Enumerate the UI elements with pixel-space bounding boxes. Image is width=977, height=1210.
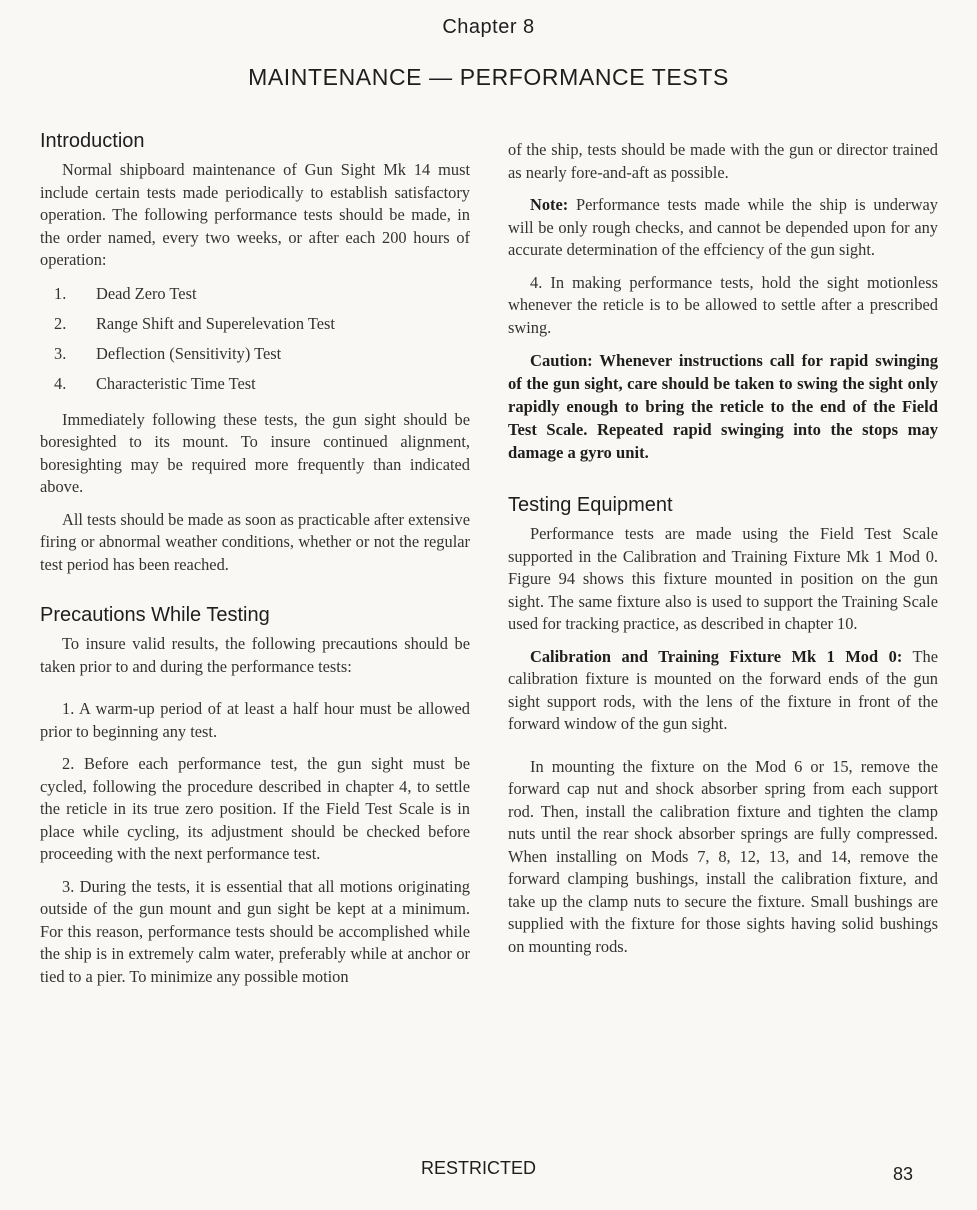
heading-testing-equipment: Testing Equipment <box>508 494 938 517</box>
page-number: 83 <box>893 1164 913 1185</box>
note-paragraph: Note: Performance tests made while the s… <box>508 194 938 262</box>
classification-label: RESTRICTED <box>421 1158 536 1179</box>
list-item: 2.Range Shift and Superelevation Test <box>54 309 470 339</box>
intro-paragraph-2: Immediately following these tests, the g… <box>40 409 470 499</box>
fixture-label: Calibration and Training Fixture Mk 1 Mo… <box>530 647 902 666</box>
list-item: 1.Dead Zero Test <box>54 279 470 309</box>
test-list: 1.Dead Zero Test 2.Range Shift and Super… <box>40 279 470 399</box>
heading-introduction: Introduction <box>40 130 470 153</box>
heading-precautions: Precautions While Testing <box>40 604 470 627</box>
right-column: of the ship, tests should be made with t… <box>508 139 938 958</box>
precaution-item-1: 1. A warm-up period of at least a half h… <box>40 698 470 743</box>
precaution-item-3: 3. During the tests, it is essential tha… <box>40 876 470 989</box>
list-item: 3.Deflection (Sensitivity) Test <box>54 339 470 369</box>
page-title: MAINTENANCE — PERFORMANCE TESTS <box>0 64 977 91</box>
precaution-item-2: 2. Before each performance test, the gun… <box>40 753 470 866</box>
intro-paragraph-1: Normal shipboard maintenance of Gun Sigh… <box>40 159 470 272</box>
caution-paragraph: Caution: Whenever instructions call for … <box>508 349 938 464</box>
intro-paragraph-3: All tests should be made as soon as prac… <box>40 509 470 577</box>
precaution-item-3-continued: of the ship, tests should be made with t… <box>508 139 938 184</box>
equipment-paragraph-1: Performance tests are made using the Fie… <box>508 523 938 636</box>
precautions-paragraph: To insure valid results, the following p… <box>40 633 470 678</box>
note-label: Note: <box>530 195 568 214</box>
fixture-paragraph: Calibration and Training Fixture Mk 1 Mo… <box>508 646 938 736</box>
left-column: Introduction Normal shipboard maintenanc… <box>40 130 470 988</box>
precaution-item-4: 4. In making performance tests, hold the… <box>508 272 938 340</box>
chapter-label: Chapter 8 <box>0 16 977 39</box>
list-item: 4.Characteristic Time Test <box>54 369 470 399</box>
equipment-paragraph-2: In mounting the fixture on the Mod 6 or … <box>508 756 938 959</box>
